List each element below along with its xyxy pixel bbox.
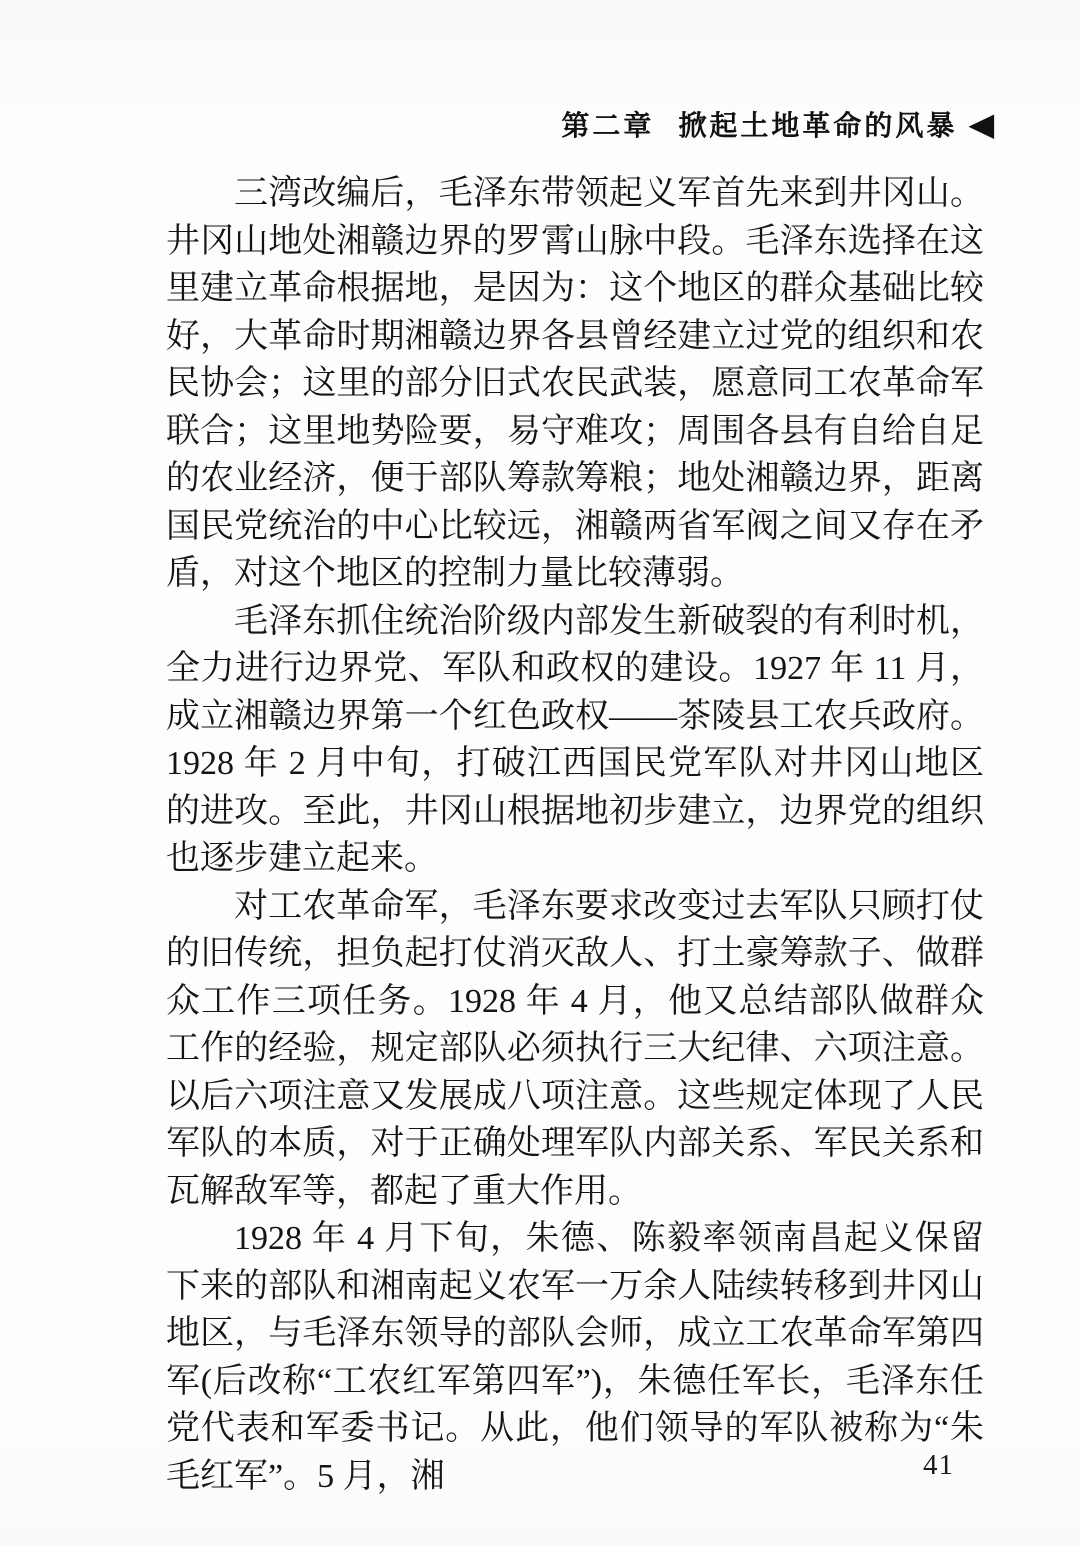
body-text: 三湾改编后，毛泽东带领起义军首先来到井冈山。井冈山地处湘赣边界的罗霄山脉中段。毛… <box>166 170 984 1500</box>
running-header: 第二章 掀起土地革命的风暴 ◀ <box>561 104 994 144</box>
chapter-number: 第二章 <box>561 104 654 144</box>
left-triangle-icon: ◀ <box>969 108 995 140</box>
book-page: 第二章 掀起土地革命的风暴 ◀ 三湾改编后，毛泽东带领起义军首先来到井冈山。井冈… <box>0 0 1080 1546</box>
chapter-title: 掀起土地革命的风暴 <box>678 104 957 144</box>
paragraph-border-power: 毛泽东抓住统治阶级内部发生新破裂的有利时机，全力进行边界党、军队和政权的建设。1… <box>166 598 984 883</box>
paragraph-zhude-join: 1928 年 4 月下旬，朱德、陈毅率领南昌起义保留下来的部队和湘南起义农军一万… <box>166 1215 984 1500</box>
page-number: 41 <box>923 1449 954 1482</box>
paragraph-jinggangshan-base: 三湾改编后，毛泽东带领起义军首先来到井冈山。井冈山地处湘赣边界的罗霄山脉中段。毛… <box>166 170 984 598</box>
paragraph-army-tasks: 对工农革命军，毛泽东要求改变过去军队只顾打仗的旧传统，担负起打仗消灭敌人、打土豪… <box>166 883 984 1216</box>
